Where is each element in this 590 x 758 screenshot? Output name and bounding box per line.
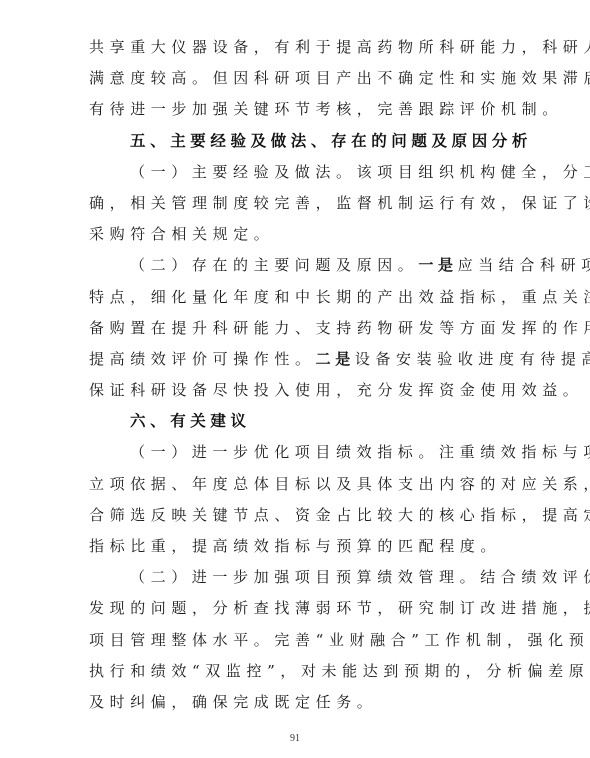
paragraph-suggestion-2: （二）进一步加强项目预算绩效管理。结合绩效评价中 发现的问题，分析查找薄弱环节，… — [89, 562, 509, 718]
text-run: （二）存在的主要问题及原因。 — [130, 256, 418, 274]
text-line: 采购符合相关规定。 — [89, 219, 509, 250]
text-line: 提高绩效评价可操作性。二是设备安装验收进度有待提高， — [89, 344, 509, 375]
text-line: （一）进一步优化项目绩效指标。注重绩效指标与项目 — [89, 437, 509, 468]
text-run: 设备安装验收进度有待提高， — [355, 350, 590, 368]
text-line: 满意度较高。但因科研项目产出不确定性和实施效果滞后性， — [89, 63, 509, 94]
text-line: 立项依据、年度总体目标以及具体支出内容的对应关系，综 — [89, 469, 509, 500]
page-number: 91 — [0, 733, 590, 744]
text-run: 提高绩效评价可操作性。 — [89, 350, 316, 368]
emphasis-first: 一是 — [418, 256, 457, 274]
text-line: 有待进一步加强关键环节考核，完善跟踪评价机制。 — [89, 94, 509, 125]
text-line: 项目管理整体水平。完善“业财融合”工作机制，强化预算 — [89, 625, 509, 656]
text-line: （一）主要经验及做法。该项目组织机构健全，分工明 — [89, 157, 509, 188]
text-line: 备购置在提升科研能力、支持药物研发等方面发挥的作用， — [89, 313, 509, 344]
text-run: 应当结合科研项目 — [458, 256, 590, 274]
section-heading-6: 六、有关建议 — [89, 406, 509, 437]
paragraph-continuation: 共享重大仪器设备，有利于提高药物所科研能力，科研人员 满意度较高。但因科研项目产… — [89, 32, 509, 126]
emphasis-second: 二是 — [316, 350, 355, 368]
text-line: 保证科研设备尽快投入使用，充分发挥资金使用效益。 — [89, 375, 509, 406]
text-line: 共享重大仪器设备，有利于提高药物所科研能力，科研人员 — [89, 32, 509, 63]
text-line: 确，相关管理制度较完善，监督机制运行有效，保证了设备 — [89, 188, 509, 219]
text-line: 执行和绩效“双监控”，对未能达到预期的，分析偏差原因， — [89, 656, 509, 687]
section-heading-5: 五、主要经验及做法、存在的问题及原因分析 — [89, 126, 509, 157]
paragraph-main-problems: （二）存在的主要问题及原因。一是应当结合科研项目 特点，细化量化年度和中长期的产… — [89, 250, 509, 406]
paragraph-main-experience: （一）主要经验及做法。该项目组织机构健全，分工明 确，相关管理制度较完善，监督机… — [89, 157, 509, 251]
document-body: 共享重大仪器设备，有利于提高药物所科研能力，科研人员 满意度较高。但因科研项目产… — [89, 32, 509, 718]
text-line: （二）存在的主要问题及原因。一是应当结合科研项目 — [89, 250, 509, 281]
text-line: 发现的问题，分析查找薄弱环节，研究制订改进措施，提高 — [89, 593, 509, 624]
document-page: 共享重大仪器设备，有利于提高药物所科研能力，科研人员 满意度较高。但因科研项目产… — [0, 0, 590, 758]
text-line: 及时纠偏，确保完成既定任务。 — [89, 687, 509, 718]
text-line: 合筛选反映关键节点、资金占比较大的核心指标，提高定量 — [89, 500, 509, 531]
paragraph-suggestion-1: （一）进一步优化项目绩效指标。注重绩效指标与项目 立项依据、年度总体目标以及具体… — [89, 437, 509, 562]
text-line: 特点，细化量化年度和中长期的产出效益指标，重点关注设 — [89, 282, 509, 313]
text-line: 指标比重，提高绩效指标与预算的匹配程度。 — [89, 531, 509, 562]
text-line: （二）进一步加强项目预算绩效管理。结合绩效评价中 — [89, 562, 509, 593]
